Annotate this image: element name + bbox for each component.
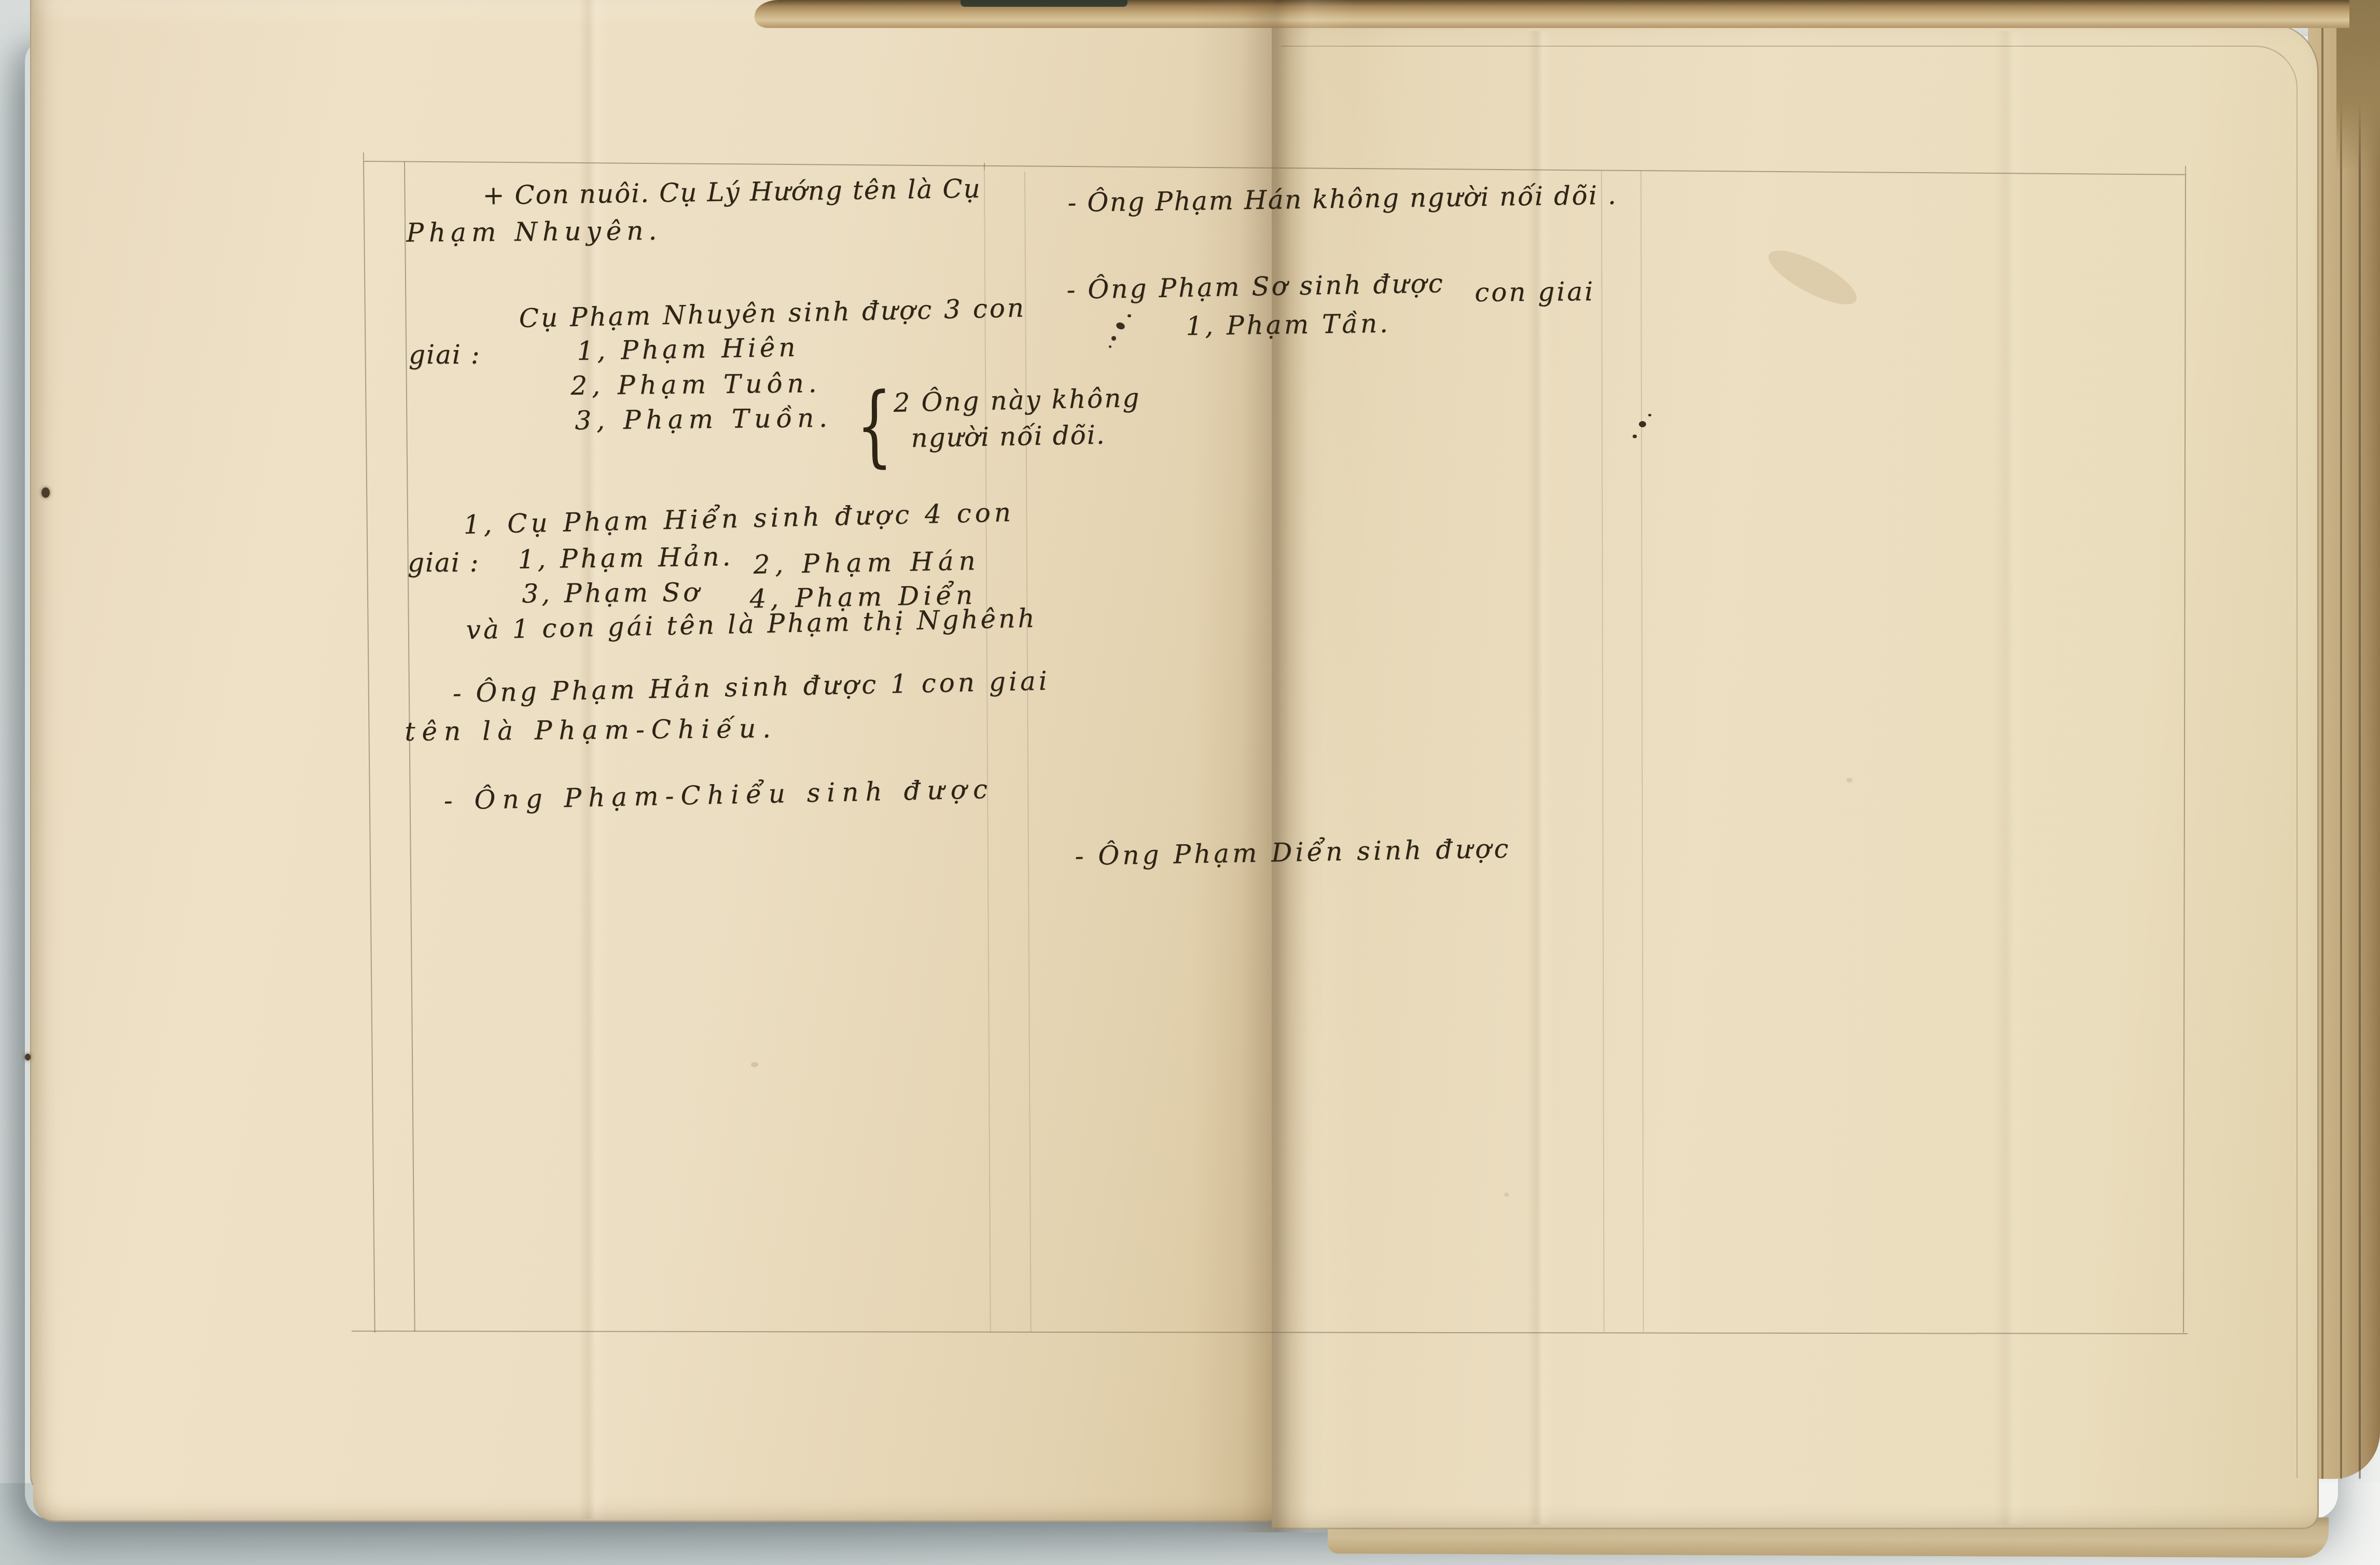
hw-line-han-2: tên là Phạm-Chiếu. bbox=[405, 714, 777, 747]
hw-line-nhuyen-son2: 2, Phạm Tuôn. bbox=[570, 368, 822, 401]
hw-line-adopted-2: Phạm Nhuyên. bbox=[406, 216, 662, 248]
pencil-tick bbox=[984, 163, 985, 171]
hw-line-hien-son1: 1, Phạm Hản. bbox=[518, 541, 734, 575]
hw-line-hien-son2: 2, Phạm Hán bbox=[753, 546, 981, 580]
hw-line-nhuyen-note-2: người nối dõi. bbox=[911, 420, 1106, 453]
hw-line-nhuyen-note-1: 2 Ông này không bbox=[893, 383, 1141, 418]
hw-label-nhuyen-giai: giai : bbox=[409, 340, 481, 370]
page-edge-seam bbox=[2340, 11, 2342, 1479]
ink-blot bbox=[1639, 421, 1646, 427]
hw-line-nhuyen-son3: 3, Phạm Tuồn. bbox=[575, 403, 832, 436]
hw-line-so-2: 1, Phạm Tần. bbox=[1186, 308, 1390, 341]
ink-blot bbox=[1111, 336, 1116, 341]
hw-brace: { bbox=[856, 373, 893, 477]
hw-line-nhuyen-son1: 1, Phạm Hiên bbox=[577, 332, 799, 366]
fox-spot bbox=[1504, 1193, 1509, 1197]
ink-blot bbox=[1109, 345, 1111, 348]
hw-label-hien-giai: giai : bbox=[408, 548, 480, 578]
ink-blot bbox=[1633, 435, 1637, 438]
center-fold-shadow bbox=[1192, 0, 1356, 1532]
fox-spot bbox=[1846, 778, 1853, 782]
cover-dark-sliver bbox=[961, 0, 1128, 7]
photograph-of-open-register: { "document": { "kind": "handwritten gen… bbox=[0, 0, 2380, 1565]
hw-line-hien-son3: 3, Phạm Sơ bbox=[522, 577, 702, 609]
hw-line-so-1-right: con giai bbox=[1474, 276, 1595, 308]
pencil-tick bbox=[363, 152, 364, 160]
page-edge-seam bbox=[2321, 11, 2323, 1479]
ink-blot bbox=[1128, 314, 1131, 317]
ink-blot bbox=[1648, 414, 1651, 416]
pencil-tick bbox=[2185, 166, 2186, 174]
stitch-hole bbox=[41, 487, 50, 498]
fox-spot bbox=[751, 1062, 758, 1067]
page-edge-seam bbox=[2359, 11, 2361, 1479]
stitch-hole bbox=[25, 1054, 31, 1060]
